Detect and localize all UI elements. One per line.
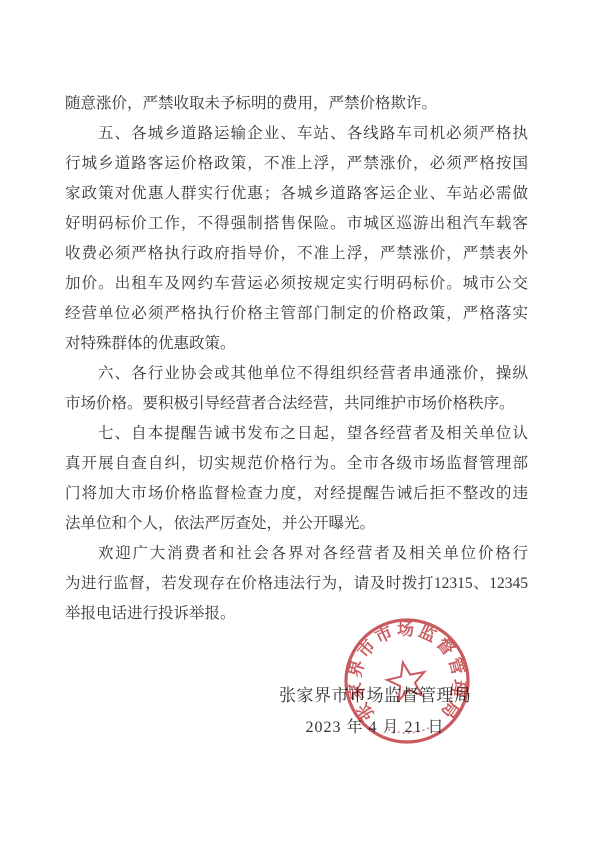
document-page: 随意涨价，严禁收取未予标明的费用，严禁价格欺诈。 五、各城乡道路运输企业、车站、…: [0, 0, 593, 841]
body-line: 加价。出租车及网约车营运必须按规定实行明码标价。城市公交: [65, 269, 528, 299]
official-seal-stamp: 张家界市市场监督管理局: [342, 616, 472, 746]
star-icon: [384, 658, 429, 701]
body-line: 为进行监督，若发现存在价格违法行为，请及时拨打12315、12345: [65, 569, 528, 599]
body-line: 真开展自查自纠，切实规范价格行为。全市各级市场监督管理部: [65, 449, 528, 479]
seal-ring-text: 张家界市市场监督管理局: [344, 620, 469, 724]
body-line: 法单位和个人，依法严厉查处，并公开曝光。: [65, 509, 528, 539]
body-line: 经营单位必须严格执行价格主管部门制定的价格政策，严格落实: [65, 299, 528, 329]
body-line: 对特殊群体的优惠政策。: [65, 329, 528, 359]
body-line: 七、自本提醒告诫书发布之日起，望各经营者及相关单位认: [65, 419, 528, 449]
document-body: 随意涨价，严禁收取未予标明的费用，严禁价格欺诈。 五、各城乡道路运输企业、车站、…: [65, 89, 528, 629]
body-line: 行城乡道路客运价格政策，不准上浮，严禁涨价，必须严格按国: [65, 149, 528, 179]
body-line: 门将加大市场价格监督检查力度，对经提醒告诫后拒不整改的违: [65, 479, 528, 509]
body-line: 家政策对优惠人群实行优惠；各城乡道路客运企业、车站必需做: [65, 179, 528, 209]
body-line: 收费必须严格执行政府指导价，不准上浮，严禁涨价，严禁表外: [65, 239, 528, 269]
body-line: 六、各行业协会或其他单位不得组织经营者串通涨价，操纵: [65, 359, 528, 389]
seal-code-marks: [385, 728, 429, 733]
body-line: 市场价格。要积极引导经营者合法经营，共同维护市场价格秩序。: [65, 389, 528, 419]
body-line: 随意涨价，严禁收取未予标明的费用，严禁价格欺诈。: [65, 89, 528, 119]
body-line: 好明码标价工作，不得强制搭售保险。市城区巡游出租汽车载客: [65, 209, 528, 239]
body-line: 五、各城乡道路运输企业、车站、各线路车司机必须严格执: [65, 119, 528, 149]
body-line: 欢迎广大消费者和社会各界对各经营者及相关单位价格行: [65, 539, 528, 569]
